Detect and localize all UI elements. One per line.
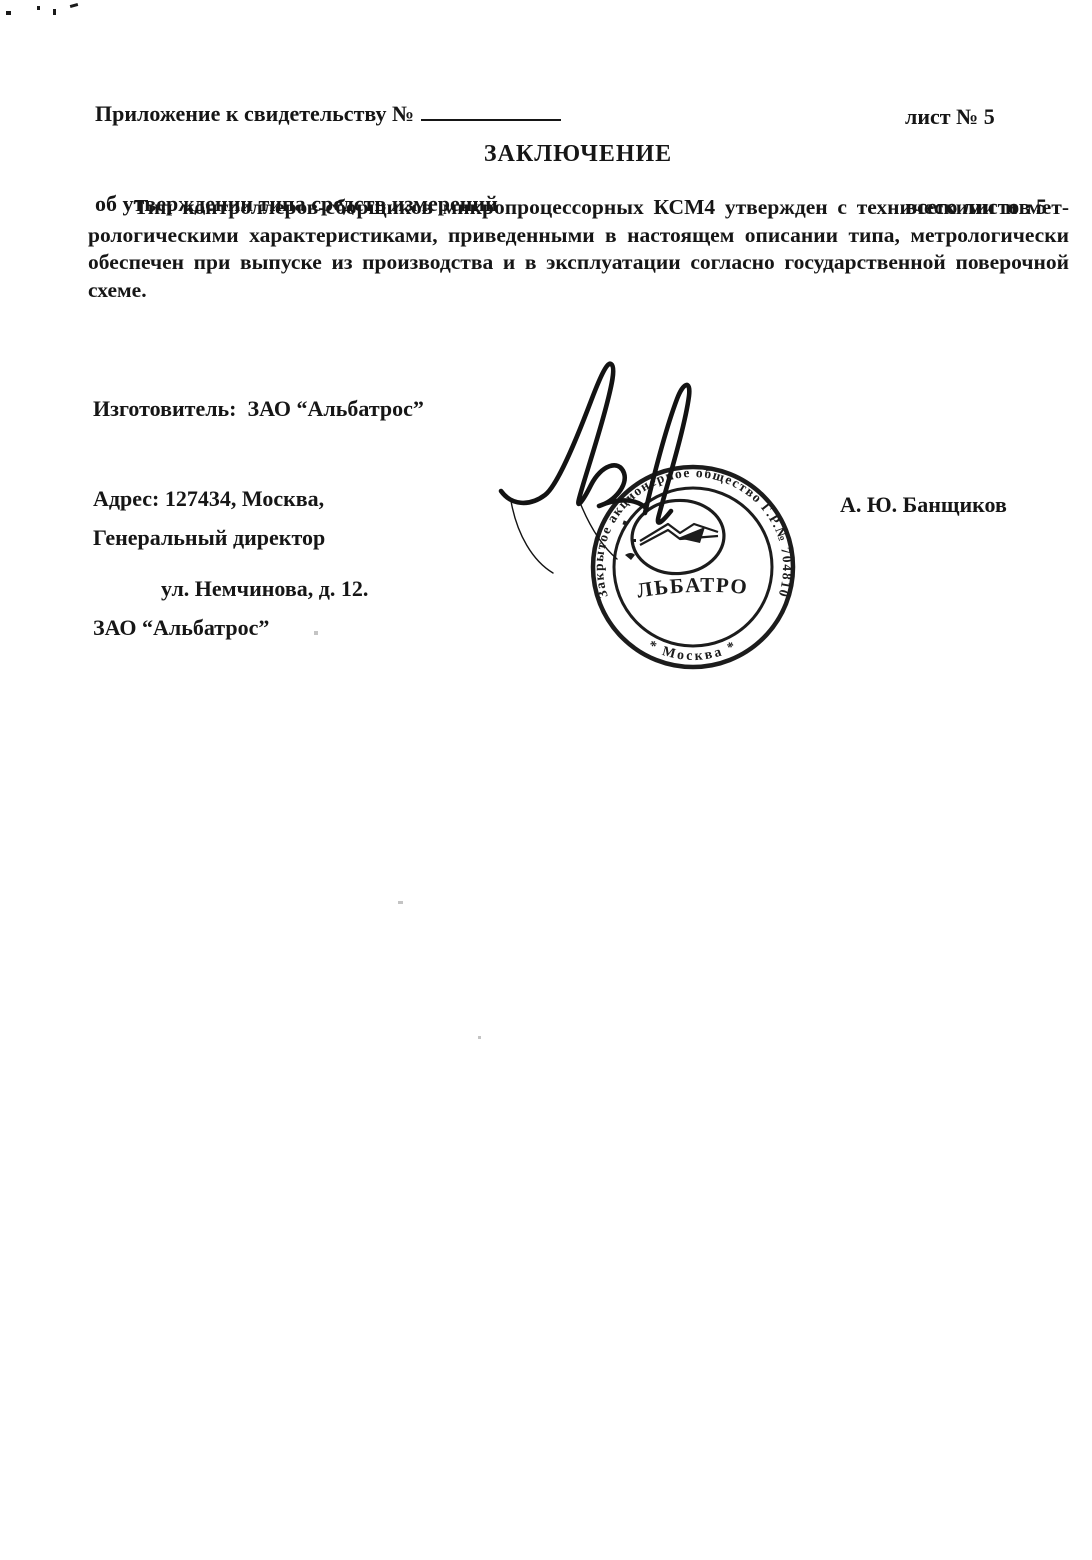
scan-speck — [70, 3, 79, 8]
conclusion-paragraph: Тип контроллеров-сборщиков микропроцессо… — [88, 194, 1069, 304]
paragraph-line: обеспечен при выпуске из производства и … — [88, 249, 1069, 277]
scan-speck — [398, 901, 403, 904]
signatory-name: А. Ю. Банщиков — [840, 492, 1007, 518]
director-block: Генеральный директор ЗАО “Альбатрос” — [93, 463, 325, 703]
scan-speck — [53, 9, 56, 15]
sheet-number: лист № 5 — [905, 102, 1047, 132]
paragraph-line: Тип контроллеров-сборщиков микропроцессо… — [88, 194, 1069, 222]
appendix-line-1: Приложение к свидетельству № — [95, 99, 561, 129]
document-title: ЗАКЛЮЧЕНИЕ — [88, 141, 1068, 168]
albatross-icon — [640, 524, 718, 545]
certificate-number-blank — [421, 119, 561, 121]
scan-speck — [6, 11, 11, 15]
stamp-inner-ring — [614, 488, 772, 646]
director-title-line: Генеральный директор — [93, 523, 325, 553]
scan-speck — [37, 6, 40, 10]
scanned-document-page: Приложение к свидетельству № об утвержде… — [0, 0, 1092, 1560]
paragraph-line: рологическими характеристиками, приведен… — [88, 222, 1069, 250]
director-company-line: ЗАО “Альбатрос” — [93, 613, 325, 643]
scan-speck — [478, 1036, 481, 1039]
signature-and-stamp: Закрытое акционерное общество Г.Р.№ 7048… — [495, 343, 810, 683]
manufacturer-line: Изготовитель: ЗАО “Альбатрос” — [93, 394, 424, 424]
paragraph-line: схеме. — [88, 277, 1069, 305]
